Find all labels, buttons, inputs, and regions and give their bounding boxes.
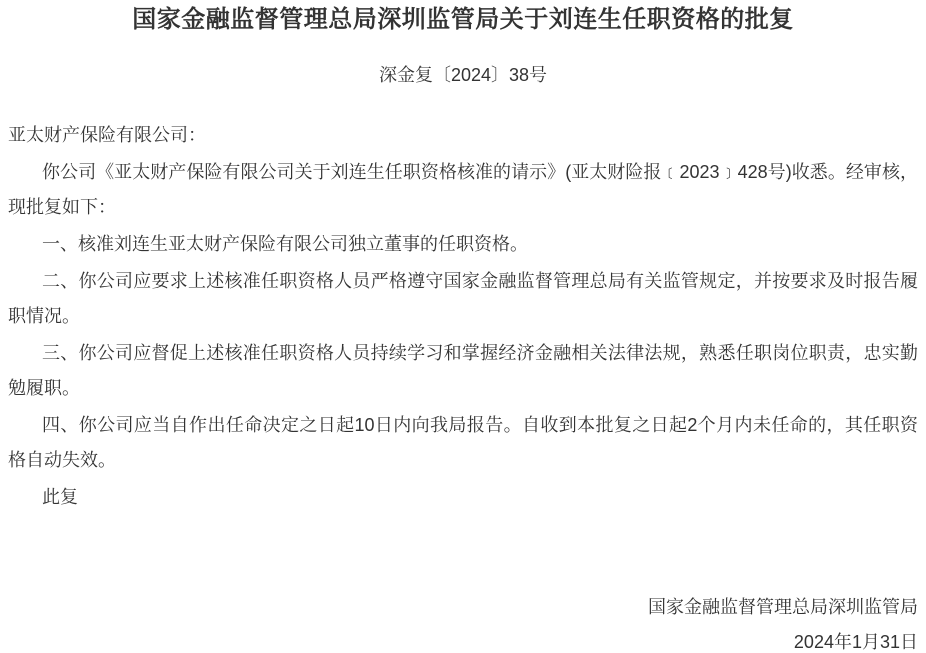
signature-issuer: 国家金融监督管理总局深圳监管局	[0, 590, 918, 625]
signature-date: 2024年1月31日	[0, 625, 918, 653]
official-document-page: 国家金融监督管理总局深圳监管局关于刘连生任职资格的批复 深金复〔2024〕38号…	[0, 0, 926, 653]
signature-block: 国家金融监督管理总局深圳监管局 2024年1月31日	[0, 590, 926, 653]
document-number: 深金复〔2024〕38号	[0, 62, 926, 88]
paragraph-item-1: 一、核准刘连生亚太财产保险有限公司独立董事的任职资格。	[8, 227, 918, 262]
closing-line: 此复	[8, 480, 918, 515]
paragraph-item-2: 二、你公司应要求上述核准任职资格人员严格遵守国家金融监督管理总局有关监管规定，并…	[8, 264, 918, 334]
document-body: 亚太财产保险有限公司： 你公司《亚太财产保险有限公司关于刘连生任职资格核准的请示…	[0, 118, 926, 515]
paragraph-intro: 你公司《亚太财产保险有限公司关于刘连生任职资格核准的请示》(亚太财险报﹝2023…	[8, 155, 918, 225]
addressee-line: 亚太财产保险有限公司：	[8, 118, 918, 153]
paragraph-item-3: 三、你公司应督促上述核准任职资格人员持续学习和掌握经济金融相关法律法规，熟悉任职…	[8, 336, 918, 406]
document-title: 国家金融监督管理总局深圳监管局关于刘连生任职资格的批复	[0, 0, 926, 35]
paragraph-item-4: 四、你公司应当自作出任命决定之日起10日内向我局报告。自收到本批复之日起2个月内…	[8, 408, 918, 478]
